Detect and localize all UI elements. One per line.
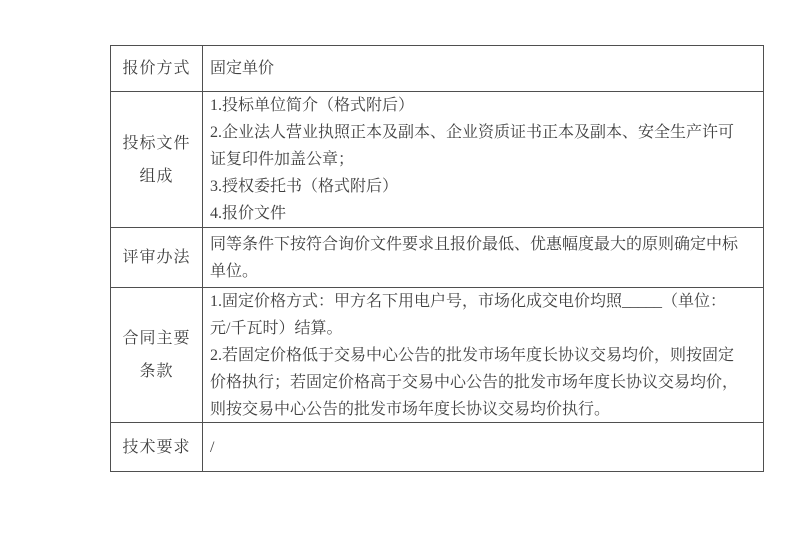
- row-label-technical-requirements: 技术要求: [111, 423, 203, 471]
- row-label-line: 组成: [139, 160, 173, 193]
- content-paragraph: 2.若固定价格低于交易中心公告的批发市场年度长协议交易均价，则按固定价格执行；若…: [210, 342, 739, 423]
- content-paragraph: /: [210, 434, 739, 461]
- table-row-evaluation-method: 评审办法同等条件下按符合询价文件要求且报价最低、优惠幅度最大的原则确定中标单位。: [111, 227, 763, 287]
- row-label-line: 报价方式: [122, 52, 190, 85]
- content-paragraph: 1.固定价格方式：甲方名下用电户号，市场化成交电价均照_____（单位：元/千瓦…: [210, 288, 739, 342]
- row-content-evaluation-method: 同等条件下按符合询价文件要求且报价最低、优惠幅度最大的原则确定中标单位。: [203, 228, 763, 287]
- content-paragraph: 4.报价文件: [210, 200, 739, 227]
- row-label-evaluation-method: 评审办法: [111, 228, 203, 287]
- document-table: 报价方式固定单价投标文件组成1.投标单位简介（格式附后）2.企业法人营业执照正本…: [110, 45, 764, 472]
- row-content-quotation-method: 固定单价: [203, 46, 763, 91]
- row-label-line: 合同主要: [122, 322, 190, 355]
- table-row-main-contract-terms: 合同主要条款1.固定价格方式：甲方名下用电户号，市场化成交电价均照_____（单…: [111, 287, 763, 422]
- row-label-line: 技术要求: [122, 431, 190, 464]
- row-content-main-contract-terms: 1.固定价格方式：甲方名下用电户号，市场化成交电价均照_____（单位：元/千瓦…: [203, 288, 763, 422]
- table-row-quotation-method: 报价方式固定单价: [111, 46, 763, 91]
- table-row-bid-document-composition: 投标文件组成1.投标单位简介（格式附后）2.企业法人营业执照正本及副本、企业资质…: [111, 91, 763, 227]
- row-label-bid-document-composition: 投标文件组成: [111, 92, 203, 227]
- row-label-line: 投标文件: [122, 127, 190, 160]
- content-paragraph: 3.授权委托书（格式附后）: [210, 173, 739, 200]
- content-paragraph: 固定单价: [210, 55, 739, 82]
- table-row-technical-requirements: 技术要求/: [111, 422, 763, 471]
- row-label-quotation-method: 报价方式: [111, 46, 203, 91]
- row-label-line: 评审办法: [122, 241, 190, 274]
- content-paragraph: 同等条件下按符合询价文件要求且报价最低、优惠幅度最大的原则确定中标单位。: [210, 231, 739, 285]
- row-label-line: 条款: [139, 355, 173, 388]
- row-content-technical-requirements: /: [203, 423, 763, 471]
- content-paragraph: 2.企业法人营业执照正本及副本、企业资质证书正本及副本、安全生产许可证复印件加盖…: [210, 119, 739, 173]
- row-content-bid-document-composition: 1.投标单位简介（格式附后）2.企业法人营业执照正本及副本、企业资质证书正本及副…: [203, 92, 763, 227]
- content-paragraph: 1.投标单位简介（格式附后）: [210, 92, 739, 119]
- row-label-main-contract-terms: 合同主要条款: [111, 288, 203, 422]
